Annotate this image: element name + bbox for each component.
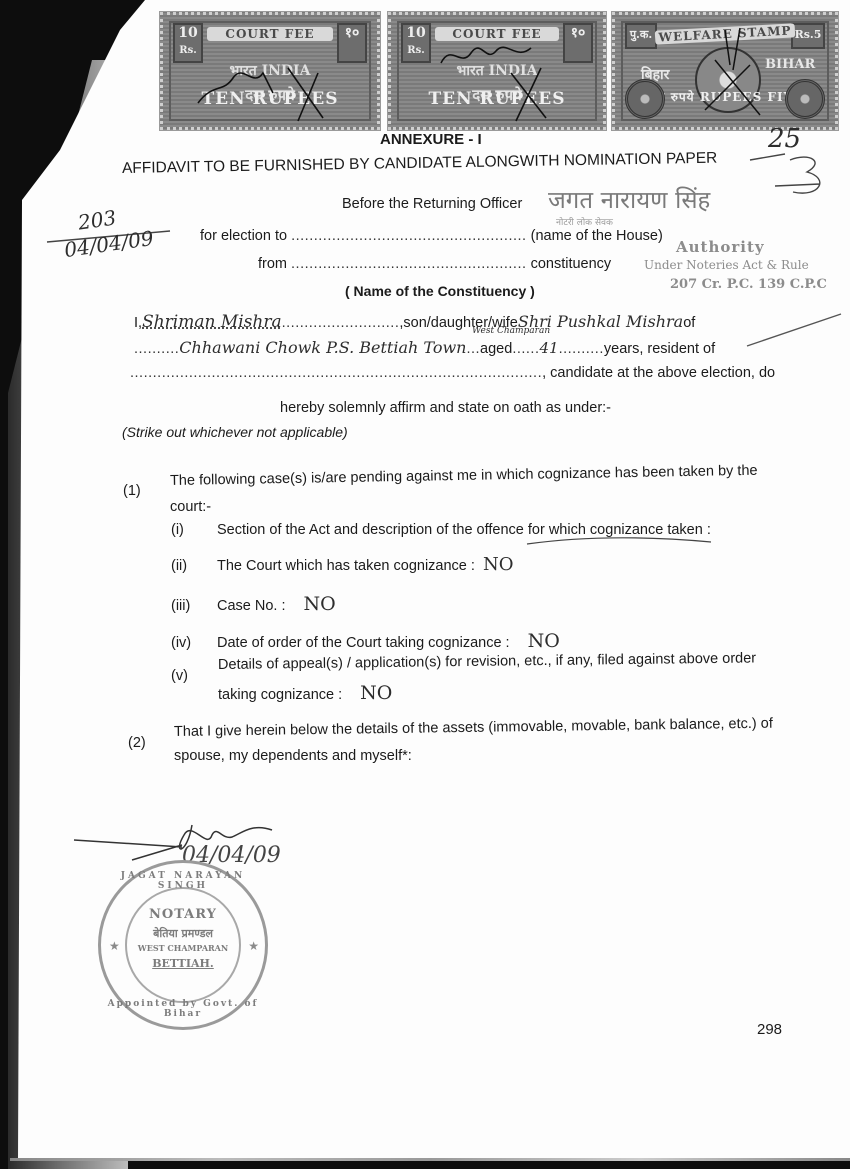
from-label: from (258, 256, 287, 272)
strike-out-note: (Strike out whichever not applicable) (122, 424, 348, 440)
seal-city: BETTIAH. (101, 957, 265, 970)
item-numeral: (ii) (171, 558, 217, 574)
item-text: Date of order of the Court taking cogniz… (217, 635, 510, 651)
handwritten-address: Chhawani Chowk P.S. Bettiah Town (179, 338, 466, 357)
welfare-stamp: पु.क. Rs.5 WELFARE STAMP बिहार BIHAR पाँ… (612, 12, 838, 130)
constituency-label: constituency (531, 256, 612, 272)
page-number: 298 (757, 1021, 782, 1038)
case-item-v: (v) (171, 668, 217, 684)
case-item-iv: (iv)Date of order of the Court taking co… (171, 630, 560, 652)
handwritten-corner-mark (745, 140, 835, 210)
chakra-icon (785, 79, 825, 119)
candidate-line: ........................................… (130, 365, 775, 381)
handwritten-answer: NO (360, 682, 392, 704)
case-item-iii: (iii)Case No. : NO (171, 593, 336, 615)
election-to-blank: ........................................… (291, 228, 527, 244)
constituency-caption: ( Name of the Constituency ) (345, 283, 535, 299)
stamp-header: COURT FEE (207, 27, 333, 41)
handwritten-answer: NO (528, 630, 560, 652)
section-1-number: (1) (123, 483, 141, 499)
years-resident-label: years, resident of (604, 341, 715, 357)
handwritten-answer: NO (304, 593, 336, 615)
stamp-cancellation-signature (193, 43, 343, 123)
official-subtitle-hindi: नोटरी लोक सेवक (556, 215, 613, 228)
handwritten-underline (525, 532, 715, 548)
stamp-denomination: 10 (178, 25, 197, 41)
seal-ring-text: JAGAT NARAYAN SINGH (101, 871, 265, 891)
item-text: The Court which has taken cognizance : (217, 558, 475, 574)
stamp-cancellation-signature (685, 25, 785, 125)
election-to-line: for election to ........................… (200, 228, 663, 244)
candidate-label: , candidate at the above election, do (542, 365, 775, 381)
constituency-blank: ........................................… (291, 256, 527, 272)
stamp-denomination-hindi: पु.क. (625, 23, 657, 49)
item-numeral: (v) (171, 668, 217, 684)
election-to-label: for election to (200, 228, 287, 244)
constituency-line: from ...................................… (258, 256, 611, 272)
of-label: of (683, 315, 695, 331)
stamp-unit: Rs. (407, 45, 424, 56)
item-numeral: (iii) (171, 598, 217, 614)
court-fee-stamp-2: 10Rs. १० COURT FEE भारत INDIA दस रुपये T… (388, 12, 606, 130)
stamp-denomination: 10 (406, 25, 425, 41)
official-name-hindi: जगत नारायण सिंह (548, 183, 710, 216)
stamp-cancellation-signature (431, 33, 581, 123)
seal-bottom-text: Appointed by Govt. of Bihar (101, 999, 265, 1019)
annexure-heading: ANNEXURE - I (380, 131, 482, 148)
item-text: Case No. : (217, 598, 286, 614)
item-numeral: (i) (171, 522, 217, 538)
item-numeral: (iv) (171, 635, 217, 651)
aged-label: aged (480, 341, 512, 357)
item-text: taking cognizance : (218, 687, 342, 703)
handwritten-answer: NO (483, 554, 514, 575)
official-code: 207 Cr. P.C. 139 C.P.C (670, 277, 827, 292)
page-bottom-edge (10, 1158, 850, 1161)
stamp-denomination: Rs.5 (791, 23, 825, 49)
official-authority: Authority (676, 238, 765, 256)
seal-title: NOTARY (101, 907, 265, 922)
section-1-text-cont: court:- (170, 499, 211, 515)
handwritten-stroke (745, 310, 845, 350)
residence-blank: ........................................… (130, 365, 542, 381)
declarant-line: I,Shriman Mishra........................… (134, 312, 695, 332)
handwritten-candidate-name: Shriman Mishra (142, 312, 282, 332)
case-item-ii: (ii)The Court which has taken cognizance… (171, 554, 513, 575)
seal-star-icon: ★ (109, 939, 120, 953)
returning-officer-line: Before the Returning Officer (342, 196, 522, 212)
section-2-text-cont: spouse, my dependents and myself*: (174, 748, 412, 764)
name-of-house-label: (name of the House) (531, 228, 663, 244)
seal-district: WEST CHAMPARAN (101, 943, 265, 953)
official-under-act: Under Noteries Act & Rule (644, 258, 809, 272)
handwritten-district: West Champaran (472, 326, 550, 336)
case-item-v-text-cont: taking cognizance : NO (218, 682, 392, 704)
line-i-prefix: I, (134, 315, 142, 331)
court-fee-stamp-1: 10Rs. १० COURT FEE भारत INDIA दस रुपये T… (160, 12, 380, 130)
chakra-icon (625, 79, 665, 119)
section-2-number: (2) (128, 735, 146, 751)
notary-seal: JAGAT NARAYAN SINGH NOTARY बेतिया प्रमण्… (98, 860, 268, 1030)
handwritten-age: 41 (539, 339, 558, 357)
seal-hindi: बेतिया प्रमण्डल (101, 926, 265, 941)
affirmation-line: hereby solemnly affirm and state on oath… (280, 400, 611, 416)
seal-star-icon: ★ (248, 939, 259, 953)
address-line: ..........Chhawani Chowk P.S. Bettiah To… (134, 338, 715, 357)
